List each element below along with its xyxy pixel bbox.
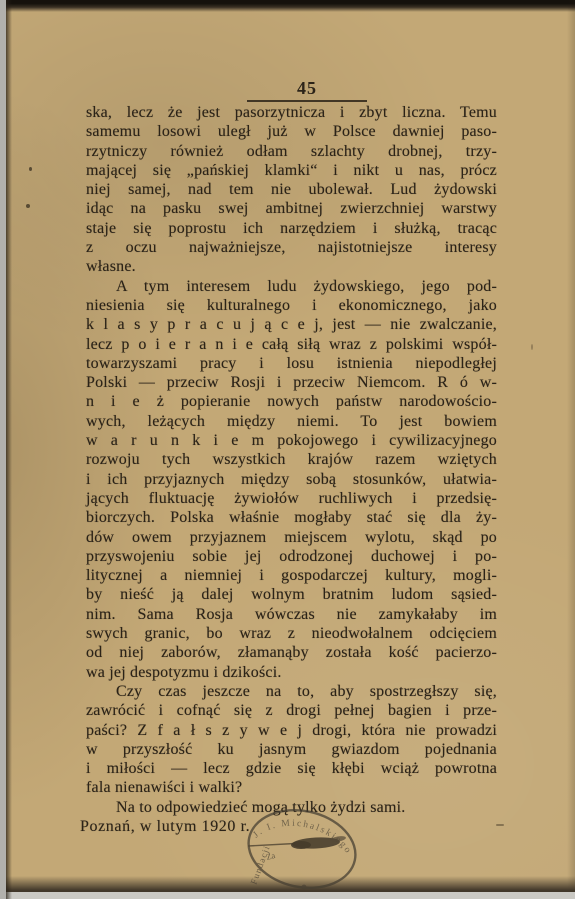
text-line: jących fluktuację żywiołów ruchliwych i … — [86, 489, 497, 508]
text-line: Polski — przeciw Rosji i przeciw Niemcom… — [86, 373, 497, 392]
dateline: Poznań, w lutym 1920 r. — [80, 818, 250, 836]
text-line: i ich przyjaznych między sobą stosunków,… — [86, 470, 497, 489]
page-left-seam — [6, 0, 12, 899]
text-line: litycznej a niemniej i gospodarczej kult… — [86, 566, 497, 585]
stamp-ink-smudge — [291, 841, 311, 849]
stamp-dot — [302, 885, 307, 890]
text-line: fala nienawiści i walki? — [86, 778, 497, 797]
paragraph: A tym interesem ludu żydowskiego, jego p… — [86, 277, 497, 682]
text-line: idąc na pasku swej ambitnej zwierzchniej… — [86, 199, 497, 218]
page-header: 45 — [247, 78, 367, 102]
text-line: staje się poprostu ich narzędziem i służ… — [86, 219, 497, 238]
stamp-ink-line — [248, 844, 295, 847]
text-line: w a r u n k i e m pokojowego i cywilizac… — [86, 431, 497, 450]
page-number: 45 — [247, 78, 367, 99]
scanned-book-page: 45 ska, lecz że jest pasorzytnicza i zby… — [0, 0, 575, 899]
paper-speck — [29, 167, 32, 171]
text-line: wych, leżących między niemi. To jest bow… — [86, 412, 497, 431]
text-line: mającej się „pańskiej klamki“ i nikt u n… — [86, 161, 497, 180]
text-line: rzytniczy również odłam szlachty drobnej… — [86, 142, 497, 161]
text-line: A tym interesem ludu żydowskiego, jego p… — [86, 277, 497, 296]
text-line: rozwoju tych wszystkich krajów razem wzi… — [86, 450, 497, 469]
text-line: samemu losowi uległ już w Polsce dawniej… — [86, 122, 497, 141]
stamp-inner-text: Za — [265, 850, 276, 862]
text-line: od niej zaborów, złamanąby została kość … — [86, 643, 497, 662]
text-line: by nieść ją dalej wolnym bratnim ludom s… — [86, 585, 497, 604]
stamp-left-text: Fundacji — [248, 844, 271, 886]
scan-edge-top — [0, 0, 575, 12]
text-line: dów owem przyjaznem miejscem wylotu, ską… — [86, 528, 497, 547]
text-line: ska, lecz że jest pasorzytnicza i zbyt l… — [86, 103, 497, 122]
text-line: swych granic, bo wraz z nieodwołalnem od… — [86, 624, 497, 643]
text-line: biorczych. Polska właśnie mogłaby stać s… — [86, 508, 497, 527]
text-line: nim. Sama Rosja wówczas nie zamykałaby i… — [86, 605, 497, 624]
text-line: przyswojeniu sobie jej odrodzonej duchow… — [86, 547, 497, 566]
text-line: k l a s y p r a c u j ą c e j, jest — ni… — [86, 315, 497, 334]
text-line: niesienia się kulturalnego i ekonomiczne… — [86, 296, 497, 315]
text-line: lecz p o i e r a n i e całą siłą wraz z … — [86, 335, 497, 354]
body-text: ska, lecz że jest pasorzytnicza i zbyt l… — [86, 103, 497, 817]
text-line: niej samej, nad tem nie ubolewał. Lud ży… — [86, 180, 497, 199]
scan-edge-right — [567, 0, 575, 899]
paper-speck — [496, 824, 504, 826]
text-line: w przyszłość ku jasnym gwiazdom pojednan… — [86, 740, 497, 759]
text-line: wa jej despotyzmu i dzikości. — [86, 663, 497, 682]
paper-speck — [26, 204, 30, 208]
paragraph: ska, lecz że jest pasorzytnicza i zbyt l… — [86, 103, 497, 277]
text-line: własne. — [86, 257, 497, 276]
paragraph: Czy czas jeszcze na to, aby spostrzegłsz… — [86, 682, 497, 798]
paper-speck — [531, 344, 533, 350]
page-number-rule — [247, 100, 367, 102]
text-line: Czy czas jeszcze na to, aby spostrzegłsz… — [86, 682, 497, 701]
text-line: towarzyszami pracy i losu istnienia niep… — [86, 354, 497, 373]
text-line: i miłości — lecz gdzie się kłębi wciąż p… — [86, 759, 497, 778]
text-line: n i e ż popieranie nowych państw narodow… — [86, 392, 497, 411]
text-line: paści? Z f a ł s z y w e j drogi, która … — [86, 721, 497, 740]
library-stamp: J. I. Michalskiego Fundacji Za — [240, 801, 365, 896]
text-line: z oczu najważniejsze, najistotniejsze in… — [86, 238, 497, 257]
text-line: zawrócić i cofnąć się z drogi pełnej bag… — [86, 701, 497, 720]
